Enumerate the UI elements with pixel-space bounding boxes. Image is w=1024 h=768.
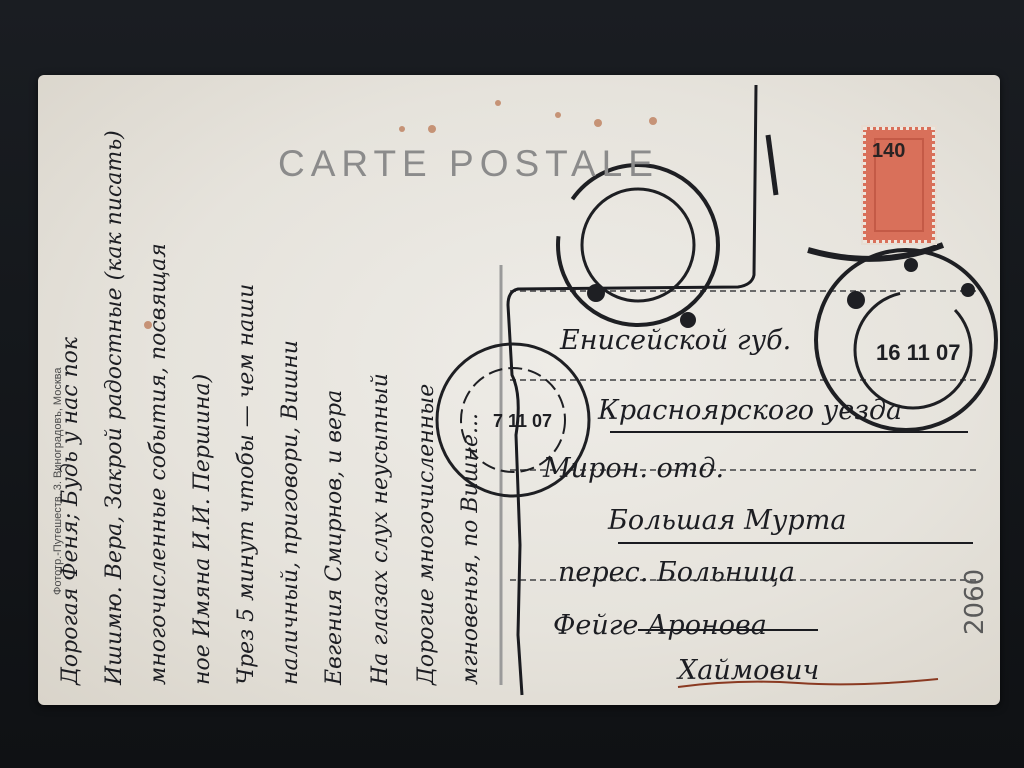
message-line: На глазах слух неусыпный xyxy=(368,373,393,685)
address-line: Красноярского уезда xyxy=(598,395,902,426)
message-line: Чрез 5 минут чтобы — чем наши xyxy=(234,284,259,685)
message-line: многочисленные события, посвящая xyxy=(146,243,171,685)
postcard: 7 11 07 16 11 07 CARTE POSTALE Фототр.-П… xyxy=(38,75,1000,705)
message-line: Дорогие многочисленные xyxy=(414,384,439,685)
message-line: Дорогая Феня; Будь у нас пок xyxy=(58,337,83,685)
address-line: Мирон. отд. xyxy=(543,453,724,484)
address-line: Хаймович xyxy=(678,655,819,686)
postage-stamp: 140 xyxy=(863,127,935,243)
message-line: наличный, приговори, Вишни xyxy=(278,340,303,685)
address-line: Фейге Аронова xyxy=(553,610,767,641)
message-line: мгновенья, по Вишне... xyxy=(458,413,483,685)
stamp-overprint: 140 xyxy=(872,140,905,163)
message-line: ное Имяна И.И. Першина) xyxy=(190,374,215,685)
address-line: Енисейской губ. xyxy=(560,325,791,356)
pencil-note: 2060 xyxy=(960,569,990,635)
message-line: Ишимю. Вера, Закрой радостные (как писат… xyxy=(102,130,127,685)
postmark-right-date: 16 11 07 xyxy=(876,340,960,365)
message-line: Евгения Смирнов, и вера xyxy=(322,390,347,685)
carte-postale-heading: CARTE POSTALE xyxy=(278,143,659,185)
postmark-left-date: 7 11 07 xyxy=(493,411,552,431)
address-line: перес. Больница xyxy=(558,557,795,588)
address-line: Большая Мурта xyxy=(608,505,846,536)
